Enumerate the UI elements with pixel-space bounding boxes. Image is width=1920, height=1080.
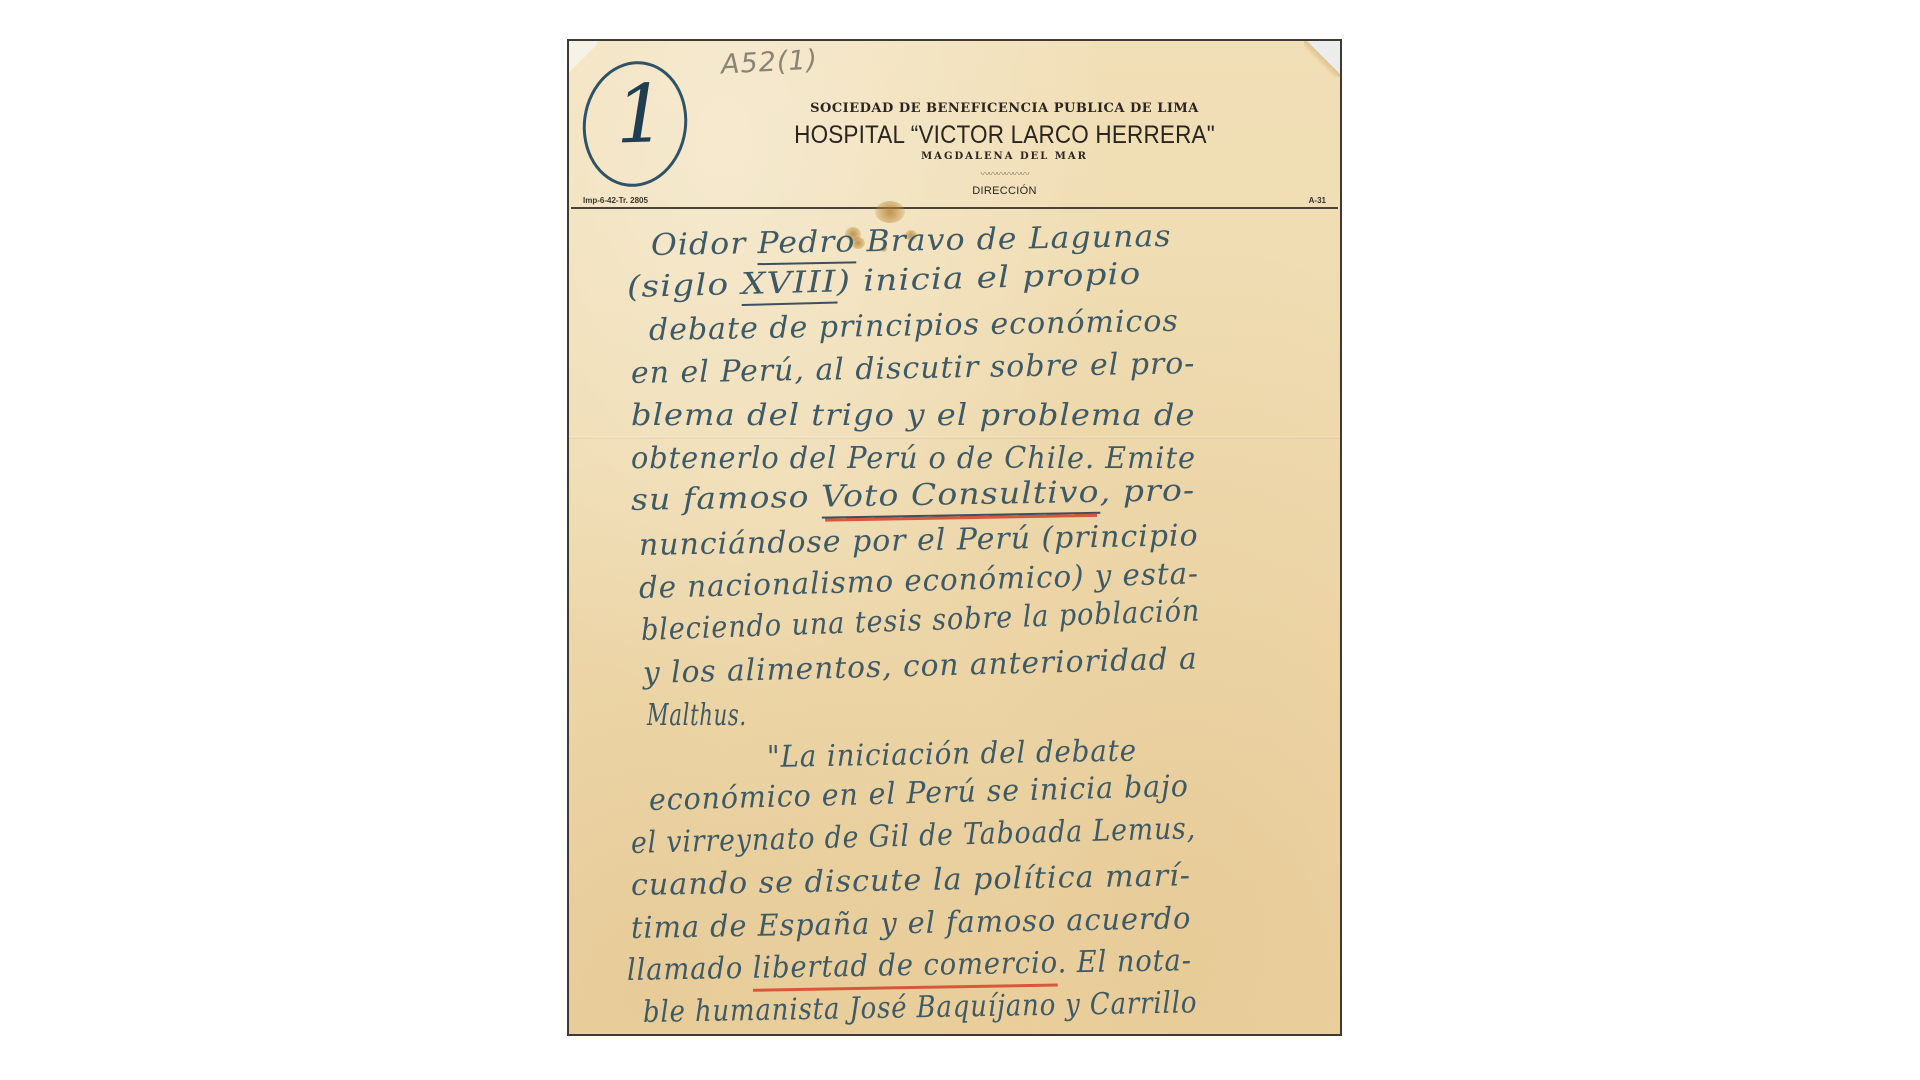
handwritten-line: ble humanista José Baquíjano y Carrillo (643, 988, 1198, 1028)
print-code-right: A-31 (1309, 196, 1326, 205)
folded-corner-top-right (1304, 41, 1340, 77)
handwritten-line: (siglo XVIII) inicia el propio (627, 260, 1142, 303)
letterhead-department: DIRECCIÓN (619, 185, 1342, 197)
handwritten-line: nunciándose por el Perú (principio (639, 521, 1199, 561)
letterhead-hospital: HOSPITAL “VICTOR LARCO HERRERA" (658, 121, 1342, 150)
handwritten-text-segment: económico en el Perú se inicia bajo (649, 769, 1190, 818)
handwritten-line: económico en el Perú se inicia bajo (649, 772, 1190, 816)
handwritten-text-segment: Oidor (651, 226, 758, 263)
handwritten-line: su famoso Voto Consultivo, pro- (631, 476, 1196, 516)
underlined-phrase: XVIII (741, 265, 837, 306)
torn-corner-top-left (569, 41, 597, 91)
underlined-phrase: libertad de comercio (752, 945, 1058, 991)
handwritten-text-segment: Malthus. (647, 698, 747, 733)
letterhead-ornament: 〰〰〰〰〰〰 (619, 167, 1342, 180)
handwritten-text-segment: (siglo (627, 267, 742, 305)
handwritten-line: debate de principios económicos (649, 307, 1179, 346)
document-page: A52(1) 1 SOCIEDAD DE BENEFICENCIA PUBLIC… (567, 39, 1342, 1036)
handwritten-line: el virreynato de Gil de Taboada Lemus, (631, 814, 1197, 859)
handwritten-text-segment: tima de España y el famoso acuerdo (631, 901, 1192, 946)
paper-fold-crease (569, 436, 1340, 439)
handwritten-text-segment: su famoso (631, 480, 822, 518)
handwritten-text-segment: debate de principios económicos (649, 304, 1179, 348)
handwritten-line: y los alimentos, con anterioridad a (643, 644, 1198, 689)
handwritten-text-segment: ) inicia el propio (836, 257, 1142, 300)
stain (875, 201, 905, 223)
handwritten-line: cuando se discute la política marí- (631, 861, 1191, 901)
handwritten-text-segment: nunciándose por el Perú (principio (639, 518, 1199, 563)
handwritten-line: blema del trigo y el problema de (631, 401, 1196, 431)
handwritten-line: bleciendo una tesis sobre la población (640, 596, 1200, 646)
handwritten-line: "La iniciación del debate (767, 737, 1137, 773)
handwritten-line: Oidor Pedro Bravo de Lagunas (651, 222, 1172, 261)
handwritten-text-segment: blema del trigo y el problema de (631, 398, 1196, 433)
handwritten-line: Malthus. (647, 701, 747, 731)
handwritten-line: obtenerlo del Perú o de Chile. Emite (631, 444, 1196, 474)
handwritten-text-segment: cuando se discute la política marí- (631, 858, 1192, 903)
handwritten-text-segment: . El nota- (1057, 943, 1192, 980)
handwritten-text-segment: obtenerlo del Perú o de Chile. Emite (631, 441, 1196, 476)
handwritten-text-segment: ble humanista José Baquíjano y Carrillo (643, 985, 1198, 1030)
underlined-phrase: Voto Consultivo (821, 475, 1100, 519)
underlined-phrase: Pedro (757, 224, 856, 265)
print-code-left: Imp-6-42-Tr. 2805 (583, 196, 648, 205)
handwritten-text-segment: en el Perú, al discutir sobre el pro- (631, 346, 1196, 391)
handwritten-text-segment: el virreynato de Gil de Taboada Lemus, (631, 811, 1197, 861)
handwritten-text-segment: llamado (627, 951, 753, 988)
catalog-mark: A52(1) (720, 44, 819, 80)
handwritten-text-segment: y los alimentos, con anterioridad a (643, 641, 1199, 691)
handwritten-text-segment: , pro- (1099, 473, 1195, 510)
letterhead-location: MAGDALENA DEL MAR (619, 151, 1342, 162)
handwritten-line: en el Perú, al discutir sobre el pro- (631, 349, 1196, 389)
letterhead-rule (571, 207, 1338, 209)
handwritten-line: tima de España y el famoso acuerdo (631, 904, 1192, 944)
handwritten-text-segment: Bravo de Lagunas (855, 219, 1172, 260)
letterhead-society: SOCIEDAD DE BENEFICENCIA PUBLICA DE LIMA (619, 101, 1342, 116)
handwritten-line: llamado libertad de comercio. El nota- (627, 946, 1192, 986)
handwritten-text-segment: "La iniciación del debate (767, 734, 1138, 775)
